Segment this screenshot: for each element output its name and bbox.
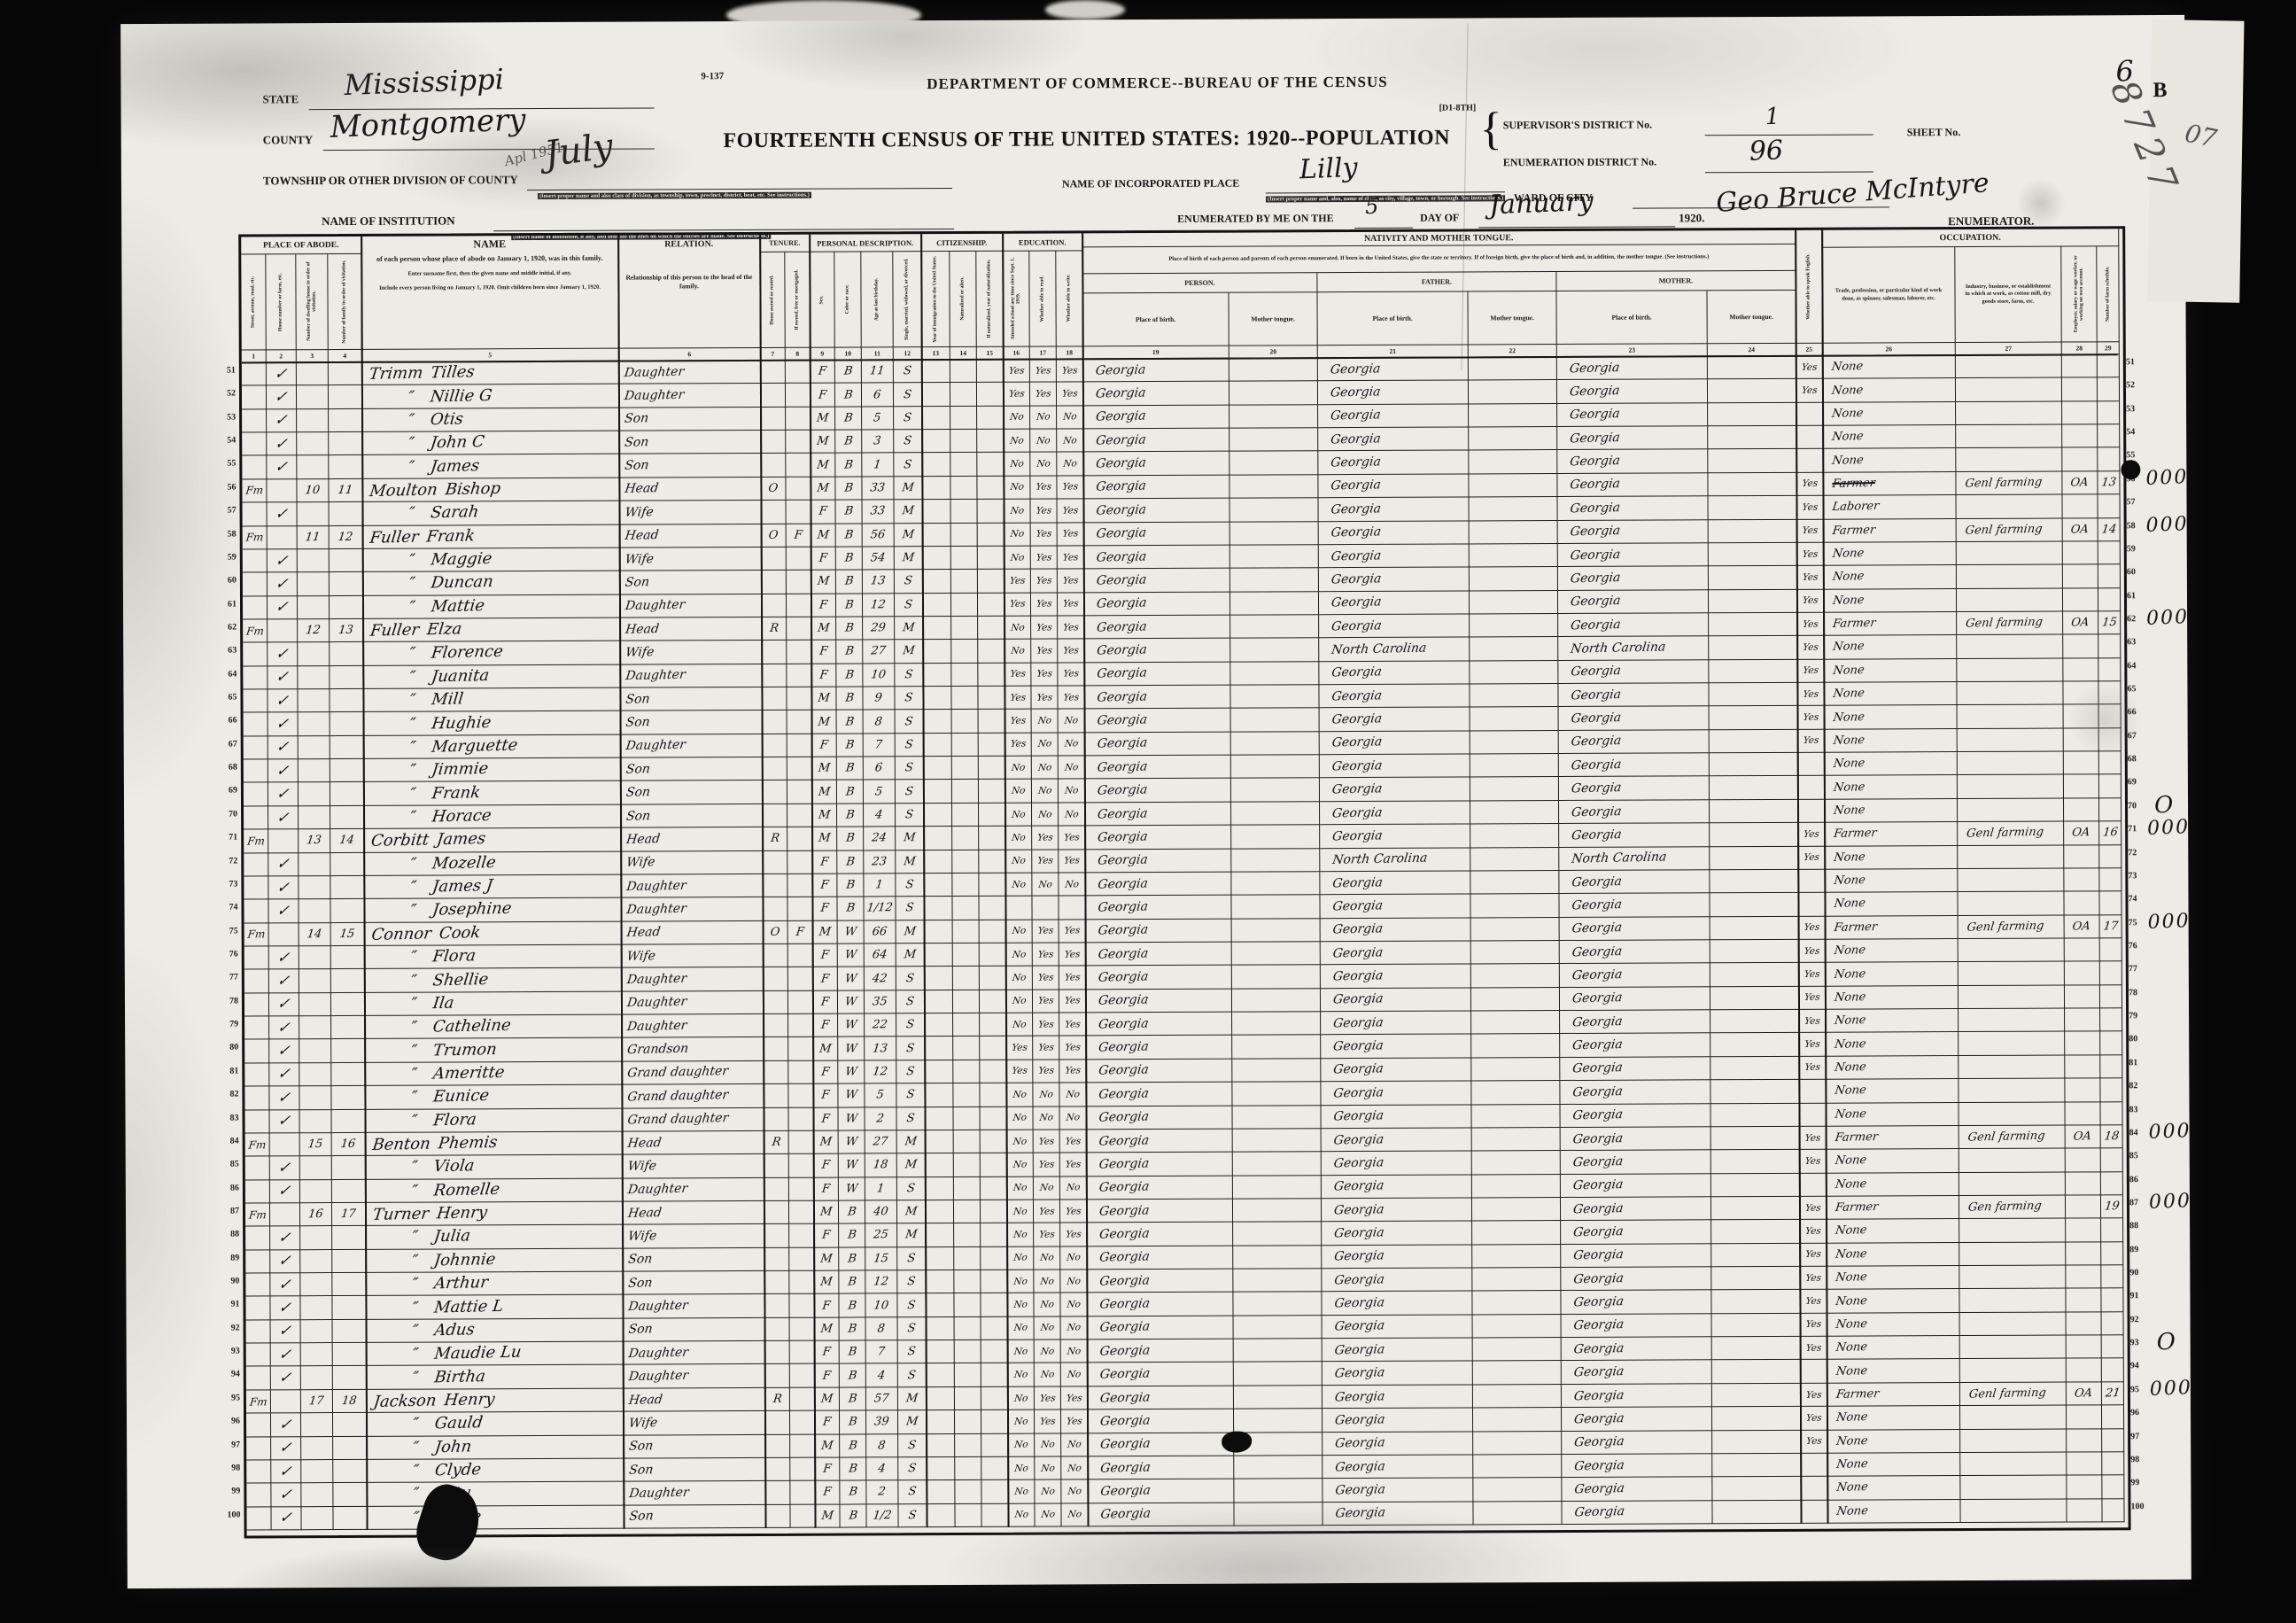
cell-r59-c19: Georgia xyxy=(1084,546,1230,570)
cell-r97-c3 xyxy=(301,1437,333,1461)
cell-r95-c12: M xyxy=(898,1387,927,1410)
cell-r96-c4 xyxy=(333,1413,367,1437)
cell-value: Yes xyxy=(1062,505,1079,516)
cell-r64-c10: B xyxy=(836,664,863,687)
cell-r57-c19: Georgia xyxy=(1084,499,1230,523)
cell-r68-c3 xyxy=(299,759,330,783)
cell-r84-c11: 27 xyxy=(865,1130,897,1154)
cell-r98-c24 xyxy=(1712,1454,1801,1478)
cell-r62-c16: No xyxy=(1004,617,1031,640)
cell-value: W xyxy=(844,925,857,938)
cell-r96-c3 xyxy=(301,1413,333,1437)
cell-r51-c14 xyxy=(950,360,977,383)
cell-value: Georgia xyxy=(1559,944,1623,960)
cell-value: ✓ xyxy=(275,785,291,803)
cell-r100-c10: B xyxy=(840,1504,866,1527)
cell-r74-c10: B xyxy=(837,897,864,920)
cell-r90-c29 xyxy=(2101,1265,2123,1288)
cell-r96-c6: Wife xyxy=(624,1411,765,1435)
cell-r71-c19: Georgia xyxy=(1085,826,1231,850)
cell-r100-c21: Georgia xyxy=(1323,1502,1473,1526)
line-number-left: 94 xyxy=(219,1370,240,1379)
cell-r99-c11: 2 xyxy=(866,1481,898,1505)
cell-r61-c2: ✓ xyxy=(268,596,298,620)
col-number-7: 7 xyxy=(761,348,786,361)
cell-r71-c5: Corbitt James xyxy=(364,828,621,853)
col-number-20-label: 20 xyxy=(1229,347,1317,355)
cell-r79-c2: ✓ xyxy=(269,1016,299,1040)
cell-value: Yes xyxy=(1036,529,1052,540)
cell-r63-c15 xyxy=(978,640,1004,663)
line-number-left: 68 xyxy=(216,763,237,773)
cell-r58-c2 xyxy=(268,526,298,550)
header-col-20-label: Mother tongue. xyxy=(1229,315,1317,322)
line-number-left: 91 xyxy=(218,1300,239,1309)
census-scan: 9-137 DEPARTMENT OF COMMERCE--BUREAU OF … xyxy=(0,0,2296,1623)
cell-value: Daughter xyxy=(620,738,686,754)
cell-r87-c9: M xyxy=(814,1201,839,1224)
cell-value: F xyxy=(818,668,828,681)
cell-r80-c5: ″ Trumon xyxy=(365,1038,622,1063)
cell-r81-c15 xyxy=(980,1060,1006,1083)
cell-r74-c9: F xyxy=(812,897,837,920)
cell-r78-c23: Georgia xyxy=(1560,987,1710,1011)
header-col-11: Age at last birthday. xyxy=(861,252,893,347)
cell-r73-c12: S xyxy=(896,874,924,897)
cell-value: B xyxy=(845,855,855,868)
cell-value: M xyxy=(816,435,829,448)
line-number-right: 86 xyxy=(2129,1175,2138,1184)
cell-r69-c10: B xyxy=(837,780,864,804)
cell-r70-c19: Georgia xyxy=(1085,802,1231,826)
cell-value: Yes xyxy=(1061,388,1078,399)
cell-r75-c14 xyxy=(953,920,980,943)
form-code-right: [D1-8TH] xyxy=(1439,103,1477,113)
cell-r87-c26: Farmer xyxy=(1827,1196,1959,1220)
cell-r72-c3 xyxy=(299,853,330,877)
line-number-right: 53 xyxy=(2126,404,2135,414)
cell-value: Daughter xyxy=(621,995,687,1011)
cell-r87-c3: 16 xyxy=(300,1203,332,1227)
cell-value: Yes xyxy=(1037,996,1054,1006)
cell-value: 1 xyxy=(876,1182,885,1195)
cell-r57-c24 xyxy=(1709,496,1797,520)
line-number-left: 73 xyxy=(216,879,237,889)
cell-r73-c14 xyxy=(952,874,979,897)
cell-r91-c5: ″ Mattie L xyxy=(366,1295,623,1320)
cell-r92-c8 xyxy=(790,1317,815,1340)
cell-value: F xyxy=(795,925,805,938)
cell-value: No xyxy=(1013,1346,1028,1356)
cell-r67-c12: S xyxy=(896,734,924,757)
cell-r89-c24 xyxy=(1711,1244,1800,1268)
cell-r69-c28 xyxy=(2064,775,2099,799)
cell-r83-c27 xyxy=(1959,1102,2065,1126)
cell-r66-c15 xyxy=(979,710,1005,733)
cell-r66-c6: Son xyxy=(621,711,763,734)
cell-value: 15 xyxy=(307,1138,323,1151)
cell-r75-c22 xyxy=(1471,918,1560,942)
cell-r96-c2: ✓ xyxy=(271,1413,301,1437)
cell-value: Yes xyxy=(1008,389,1025,400)
cell-r63-c13 xyxy=(923,640,951,663)
cell-r75-c3: 14 xyxy=(299,923,331,947)
cell-value: Georgia xyxy=(1561,1458,1625,1474)
cell-r95-c10: B xyxy=(840,1387,866,1410)
cell-r87-c1: Fm xyxy=(245,1203,270,1226)
header-father-label: FATHER. xyxy=(1317,277,1555,286)
cell-value: ✓ xyxy=(274,388,289,406)
cell-value: 12 xyxy=(873,1275,889,1288)
cell-r68-c19: Georgia xyxy=(1085,756,1231,780)
cell-value: 2 xyxy=(878,1486,887,1499)
cell-r86-c27 xyxy=(1959,1172,2066,1196)
col-number-22-label: 22 xyxy=(1469,346,1556,354)
cell-r92-c18: No xyxy=(1061,1316,1088,1340)
cell-value: 21 xyxy=(2105,1386,2121,1400)
cell-r51-c15 xyxy=(977,360,1004,383)
cell-value: ✓ xyxy=(278,1439,293,1456)
cell-value: Yes xyxy=(1802,571,1819,582)
cell-r77-c10: W xyxy=(838,967,865,990)
cell-r84-c21: Georgia xyxy=(1322,1128,1472,1152)
cell-value: Georgia xyxy=(1321,1272,1385,1288)
cell-r94-c29 xyxy=(2102,1359,2124,1382)
cell-r89-c11: 15 xyxy=(865,1247,897,1271)
cell-r75-c25: Yes xyxy=(1799,916,1826,939)
cell-r91-c18: No xyxy=(1060,1293,1087,1316)
cell-value: F xyxy=(821,1182,831,1195)
cell-value: Georgia xyxy=(1556,478,1620,493)
cell-value: Yes xyxy=(1064,972,1081,982)
header-col-15: If naturalized, year of naturalization. xyxy=(976,252,1003,347)
cell-r68-c24 xyxy=(1710,753,1798,777)
cell-value: None xyxy=(1827,1340,1868,1355)
cell-value: Georgia xyxy=(1318,548,1382,564)
cell-value: No xyxy=(1013,1323,1028,1333)
cell-r89-c2: ✓ xyxy=(270,1250,300,1274)
cell-r93-c18: No xyxy=(1061,1340,1088,1363)
cell-value: Georgia xyxy=(1084,829,1148,845)
cell-r51-c21: Georgia xyxy=(1318,357,1469,381)
cell-r99-c2: ✓ xyxy=(271,1483,301,1507)
cell-r63-c20 xyxy=(1230,639,1319,663)
cell-r51-c29 xyxy=(2098,354,2120,377)
cell-r70-c12: S xyxy=(896,804,924,827)
cell-r94-c22 xyxy=(1473,1361,1562,1385)
cell-r57-c22 xyxy=(1470,497,1558,521)
cell-r87-c12: M xyxy=(897,1200,926,1223)
margin-circle: O xyxy=(2156,1329,2176,1356)
cell-value: S xyxy=(904,808,914,821)
cell-r51-c17: Yes xyxy=(1030,359,1057,382)
cell-r70-c20 xyxy=(1231,802,1320,826)
cell-r87-c28 xyxy=(2066,1195,2101,1219)
cell-r58-c11: 56 xyxy=(863,524,895,547)
cell-value: None xyxy=(1824,874,1865,888)
cell-value: S xyxy=(907,1462,917,1475)
cell-r93-c24 xyxy=(1712,1337,1801,1361)
header-col-21-label: Place of birth. xyxy=(1318,314,1468,322)
cell-r69-c29 xyxy=(2099,775,2121,798)
col-number-18: 18 xyxy=(1057,346,1083,359)
cell-value: Georgia xyxy=(1319,898,1383,914)
cell-r71-c26: Farmer xyxy=(1825,822,1958,846)
cell-value: Yes xyxy=(1804,1202,1821,1213)
cell-r61-c7 xyxy=(762,594,787,617)
name-value: ″ Viola xyxy=(364,1157,475,1178)
cell-r72-c23: North Carolina xyxy=(1559,847,1710,871)
cell-r78-c8 xyxy=(788,990,813,1013)
cell-value: S xyxy=(906,1252,916,1265)
cell-r69-c6: Son xyxy=(621,780,763,804)
cell-r52-c6: Daughter xyxy=(619,384,761,408)
cell-r84-c18: Yes xyxy=(1060,1130,1087,1153)
cell-value: R xyxy=(771,1136,781,1149)
cell-r63-c23: North Carolina xyxy=(1558,637,1709,661)
cell-r94-c17: No xyxy=(1035,1363,1061,1386)
cell-r95-c25: Yes xyxy=(1801,1384,1827,1407)
enumerated-label: ENUMERATED BY ME ON THE xyxy=(1177,212,1334,226)
cell-value: F xyxy=(821,1229,831,1242)
cell-value: Yes xyxy=(1008,365,1025,376)
cell-r88-c12: M xyxy=(897,1223,926,1246)
cell-r61-c18: Yes xyxy=(1058,593,1084,616)
cell-value: Georgia xyxy=(1083,666,1147,682)
cell-r80-c1 xyxy=(244,1040,269,1063)
cell-value: B xyxy=(843,505,853,518)
cell-value: Head xyxy=(621,925,662,940)
cell-r78-c2: ✓ xyxy=(269,993,299,1017)
cell-r64-c27 xyxy=(1957,658,2063,682)
cell-r86-c14 xyxy=(954,1176,981,1200)
cell-r78-c18: Yes xyxy=(1059,990,1086,1013)
header-citizenship: CITIZENSHIP. xyxy=(921,234,1003,252)
cell-value: No xyxy=(1011,832,1026,843)
cell-r92-c2: ✓ xyxy=(271,1320,301,1344)
cell-value: None xyxy=(1826,1270,1867,1285)
cell-r81-c6: Grand daughter xyxy=(622,1061,764,1085)
cell-value: Yes xyxy=(1802,595,1819,606)
cell-r70-c4 xyxy=(330,806,364,830)
cell-r63-c28 xyxy=(2063,635,2098,659)
cell-r73-c24 xyxy=(1710,870,1798,894)
cell-r80-c24 xyxy=(1710,1033,1799,1057)
cell-r85-c29 xyxy=(2101,1148,2123,1171)
cell-r71-c25: Yes xyxy=(1798,823,1825,846)
cell-value: Georgia xyxy=(1087,1367,1151,1383)
cell-r55-c2: ✓ xyxy=(267,456,297,480)
cell-r52-c25: Yes xyxy=(1796,379,1823,402)
cell-value: 7 xyxy=(874,738,883,751)
cell-r63-c2: ✓ xyxy=(268,643,298,667)
cell-r82-c27 xyxy=(1959,1079,2065,1103)
cell-r98-c9: F xyxy=(815,1457,840,1480)
cell-r98-c23: Georgia xyxy=(1562,1454,1712,1478)
cell-r92-c23: Georgia xyxy=(1562,1314,1712,1338)
cell-r80-c20 xyxy=(1232,1036,1321,1060)
cell-value: S xyxy=(905,1042,915,1055)
cell-value: Georgia xyxy=(1557,617,1621,633)
cell-value: No xyxy=(1010,529,1025,540)
cell-r55-c9: M xyxy=(811,454,835,477)
cell-r78-c24 xyxy=(1710,987,1799,1011)
line-number-left: 88 xyxy=(218,1230,239,1239)
cell-value: M xyxy=(819,1276,833,1289)
cell-value: 23 xyxy=(872,855,888,868)
cell-r68-c29 xyxy=(2099,751,2121,774)
cell-r88-c7 xyxy=(764,1224,789,1247)
cell-r74-c13 xyxy=(924,897,952,920)
cell-r72-c25: Yes xyxy=(1798,846,1825,869)
cell-r87-c29: 19 xyxy=(2101,1195,2123,1218)
cell-value: B xyxy=(848,1486,857,1499)
cell-r58-c23: Georgia xyxy=(1558,520,1709,544)
cell-value: None xyxy=(1825,967,1866,982)
line-number-left: 65 xyxy=(215,693,237,703)
cell-value: No xyxy=(1064,762,1079,773)
cell-value: No xyxy=(1012,1300,1028,1310)
cell-r56-c23: Georgia xyxy=(1557,473,1708,497)
cell-r63-c26: None xyxy=(1824,635,1957,659)
cell-value: Head xyxy=(622,1136,663,1151)
cell-r97-c17: No xyxy=(1035,1433,1061,1456)
cell-value: B xyxy=(848,1346,857,1359)
cell-r62-c29: 15 xyxy=(2098,611,2121,634)
cell-value: ✓ xyxy=(274,412,289,430)
cell-r65-c24 xyxy=(1709,683,1797,707)
cell-r93-c5: ″ Maudie Lu xyxy=(367,1342,624,1367)
line-number-right: 73 xyxy=(2128,871,2137,881)
cell-r69-c19: Georgia xyxy=(1085,779,1231,803)
cell-value: Georgia xyxy=(1319,875,1383,891)
cell-value: Wife xyxy=(621,949,656,964)
cell-r59-c9: F xyxy=(811,547,836,570)
cell-r91-c21: Georgia xyxy=(1322,1292,1472,1316)
cell-value: None xyxy=(1825,897,1866,912)
line-number-left: 78 xyxy=(217,996,238,1006)
cell-r99-c4 xyxy=(333,1483,367,1507)
cell-r81-c12: S xyxy=(896,1060,925,1083)
cell-value: Georgia xyxy=(1082,362,1146,378)
name-value: ″ Duncan xyxy=(362,572,495,594)
cell-r61-c10: B xyxy=(836,594,863,617)
cell-r67-c15 xyxy=(979,733,1005,756)
line-number-left: 56 xyxy=(214,482,236,492)
cell-r63-c4 xyxy=(330,642,363,666)
header-col-7-label: Home owned or rented. xyxy=(770,254,776,346)
cell-r58-c9: M xyxy=(811,524,836,547)
cell-value: ✓ xyxy=(277,1066,292,1083)
cell-r58-c22 xyxy=(1470,521,1558,545)
cell-r89-c29 xyxy=(2101,1242,2123,1265)
cell-value: S xyxy=(905,902,915,915)
cell-r87-c19: Georgia xyxy=(1087,1200,1233,1223)
cell-value: Wife xyxy=(622,1159,657,1174)
cell-r83-c21: Georgia xyxy=(1321,1105,1471,1129)
cell-value: Wife xyxy=(623,1416,658,1431)
cell-r100-c16: No xyxy=(1008,1503,1035,1526)
cell-r90-c12: S xyxy=(897,1270,926,1293)
cell-value: Georgia xyxy=(1558,827,1622,843)
cell-r65-c29 xyxy=(2098,681,2121,704)
name-value: ″ James xyxy=(361,456,480,478)
cell-value: Daughter xyxy=(618,364,685,380)
cell-value: Georgia xyxy=(1083,689,1147,705)
cell-r57-c27 xyxy=(1956,495,2062,519)
cell-r90-c21: Georgia xyxy=(1322,1268,1472,1292)
cell-value: F xyxy=(822,1346,832,1359)
cell-r67-c2: ✓ xyxy=(268,736,299,760)
cell-value: Yes xyxy=(1803,852,1819,863)
cell-r63-c3 xyxy=(298,642,330,666)
cell-value: M xyxy=(817,622,830,635)
cell-r97-c14 xyxy=(955,1433,981,1456)
cell-r99-c18: No xyxy=(1061,1480,1088,1503)
cell-value: 42 xyxy=(872,972,888,985)
cell-r85-c16: No xyxy=(1007,1153,1034,1176)
line-number-left: 89 xyxy=(218,1253,239,1262)
cell-r99-c3 xyxy=(301,1483,333,1507)
cell-r86-c25 xyxy=(1800,1173,1827,1196)
cell-r59-c24 xyxy=(1709,543,1797,567)
cell-value: None xyxy=(1823,594,1865,608)
header-col-25: Whether able to speak English. xyxy=(1796,230,1823,344)
cell-value: 8 xyxy=(877,1322,886,1335)
cell-r100-c24 xyxy=(1712,1500,1801,1524)
cell-value: S xyxy=(907,1439,917,1452)
cell-r63-c25: Yes xyxy=(1797,636,1824,659)
margin-mark: 000 xyxy=(2149,1377,2192,1401)
header-col-1: Street, avenue, road, etc. xyxy=(241,254,266,350)
cell-r89-c18: No xyxy=(1060,1246,1087,1270)
cell-r68-c7 xyxy=(763,757,787,780)
cell-r68-c15 xyxy=(979,757,1005,780)
enum-year: 1920. xyxy=(1679,211,1704,225)
cell-r78-c27 xyxy=(1959,985,2065,1009)
township-note: (Insert proper name and also class of di… xyxy=(538,192,811,199)
cell-r97-c5: ″ John xyxy=(367,1435,624,1460)
cell-value: Georgia xyxy=(1085,1063,1149,1079)
cell-value: Georgia xyxy=(1556,454,1620,470)
cell-r63-c17: Yes xyxy=(1031,640,1058,663)
cell-value: Yes xyxy=(1036,856,1053,866)
cell-r52-c19: Georgia xyxy=(1083,382,1229,406)
cell-r78-c6: Daughter xyxy=(622,991,764,1015)
cell-r52-c3 xyxy=(297,385,329,409)
cell-value: F xyxy=(818,505,828,518)
cell-r81-c25: Yes xyxy=(1799,1056,1826,1079)
cell-value: None xyxy=(1824,711,1865,725)
cell-r69-c8 xyxy=(787,780,812,804)
cell-r56-c27: Genl farming xyxy=(1956,471,2062,495)
cell-value: B xyxy=(844,715,854,728)
cell-r65-c9: M xyxy=(811,687,836,711)
header-col-20: Mother tongue. xyxy=(1229,292,1317,346)
cell-r91-c3 xyxy=(300,1296,332,1320)
name-value: ″ Florence xyxy=(362,642,504,664)
cell-r59-c16: No xyxy=(1004,546,1031,569)
cell-value: ✓ xyxy=(276,879,291,897)
cell-r78-c1 xyxy=(244,993,269,1016)
cell-value: 15 xyxy=(2101,616,2117,629)
cell-r62-c27: Genl farming xyxy=(1957,611,2063,635)
cell-value: F xyxy=(821,1089,831,1102)
cell-r68-c25 xyxy=(1798,753,1825,776)
cell-value: Georgia xyxy=(1083,619,1147,635)
cell-r62-c19: Georgia xyxy=(1084,616,1230,640)
cell-value: No xyxy=(1011,762,1026,773)
